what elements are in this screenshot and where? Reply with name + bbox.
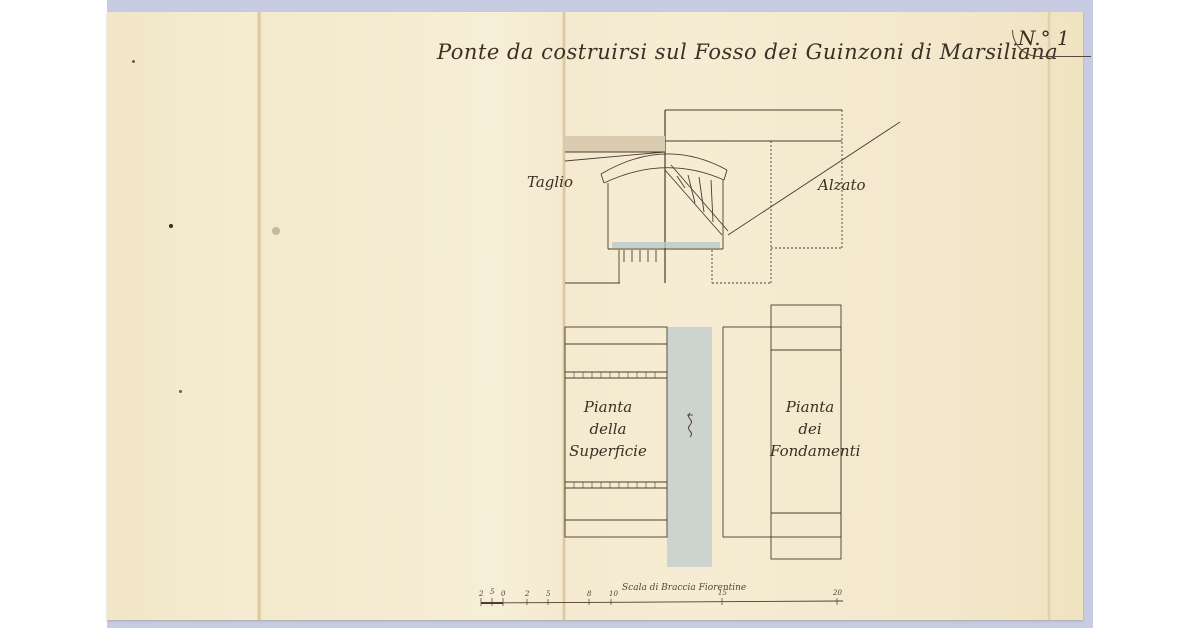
scale-tick-label: 2	[479, 590, 483, 598]
label-line: Fondamenti	[770, 440, 850, 462]
label-line: Superficie	[567, 440, 649, 462]
scale-tick-label: 5	[546, 590, 550, 598]
bridge-drawing	[0, 0, 1200, 628]
scale-tick-label: 20	[833, 589, 842, 597]
label-line: Pianta	[567, 396, 649, 418]
scale-tick-label: 10	[609, 590, 618, 598]
scale-tick-label: 15	[718, 589, 727, 597]
scale-tick-label: 5	[490, 588, 494, 596]
label-line: della	[567, 418, 649, 440]
elevation-label: Alzato	[818, 176, 866, 194]
scale-bar-title: Scala di Braccia Fiorentine	[622, 583, 746, 593]
label-line: Pianta	[770, 396, 850, 418]
surface-plan-label: Pianta della Superficie	[567, 396, 649, 462]
section-label: Taglio	[527, 173, 573, 191]
drawing-title: Ponte da costruirsi sul Fosso dei Guinzo…	[437, 40, 1058, 64]
sheet-number: N.° 1	[1018, 26, 1070, 50]
label-line: dei	[770, 418, 850, 440]
scale-tick-label: 0	[501, 590, 505, 598]
foundation-plan-label: Pianta dei Fondamenti	[770, 396, 850, 462]
scale-tick-label: 2	[525, 590, 529, 598]
scale-tick-label: 8	[587, 590, 591, 598]
